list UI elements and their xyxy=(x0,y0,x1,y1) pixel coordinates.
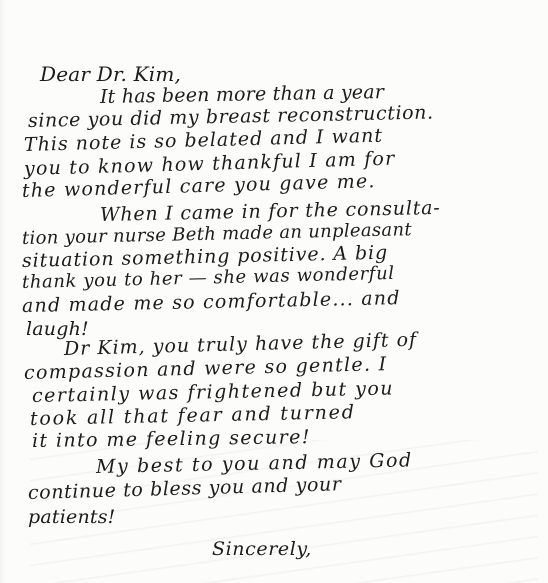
letter-line: it into me feeling secure! xyxy=(32,426,311,452)
letter-line: patients! xyxy=(28,506,116,528)
letter-line: continue to bless you and your xyxy=(28,473,342,504)
letter-closing: Sincerely, xyxy=(212,538,312,560)
letter-line: My best to you and may God xyxy=(96,449,413,478)
letter-page: Dear Dr. Kim, It has been more than a ye… xyxy=(0,0,548,583)
letter-salutation: Dear Dr. Kim, xyxy=(40,62,181,86)
